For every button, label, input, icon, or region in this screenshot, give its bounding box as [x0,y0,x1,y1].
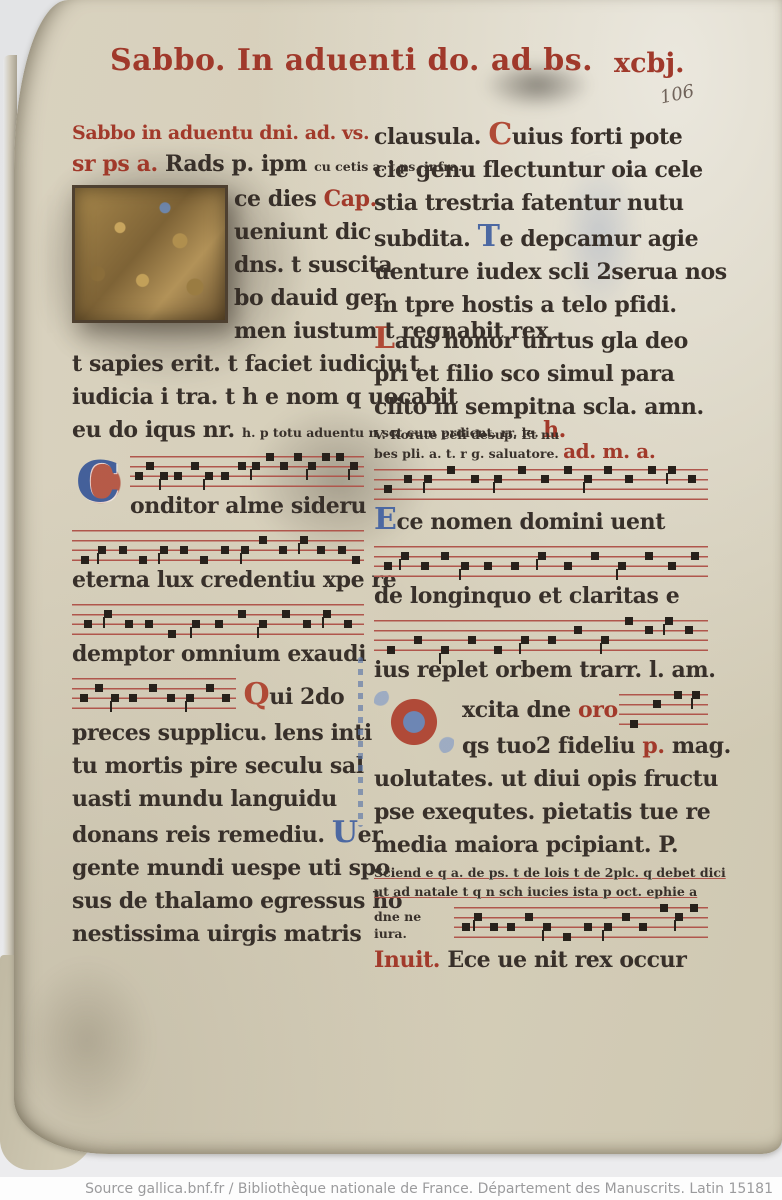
music-stave-row [374,469,708,500]
neume-note [135,472,143,480]
neume-note [145,620,153,628]
text-line: ius replet orbem trarr. l. am. [374,654,708,687]
text-segment: uasti mundu languidu [72,786,337,812]
text-row: nestissima uirgis matris [72,918,364,951]
neume-note [563,933,571,941]
text-row: uasti mundu languidu [72,783,364,816]
text-segment: tu mortis pire seculu sal [72,753,364,779]
text-segment: ius replet orbem trarr. l. am. [374,657,715,683]
text-row: demptor omnium exaudi [72,638,364,671]
neume-note [653,700,661,708]
text-line: uenture iudex scli 2serua nos [374,256,708,289]
text-line: pse exequtes. pietatis tue re [374,796,708,829]
neume-note [604,466,612,474]
text-segment: preces supplicu. lens inti [72,720,372,746]
neume-note [168,630,176,638]
text-line: ut ad natale t q n sch iucies ista p oct… [374,881,708,900]
neume-note [691,552,699,560]
text-segment: Q [244,677,270,712]
neume-note [538,552,546,560]
text-segment: Inuit. [374,947,440,973]
text-segment: xcita dne [462,697,578,723]
neume-note [660,904,668,912]
neume-note [80,694,88,702]
text-segment: dne ne iura. [374,909,421,941]
neume-note [490,923,498,931]
neume-note [252,462,260,470]
neume-note [692,691,700,699]
text-row: uolutates. ut diui opis fructu [374,763,708,796]
text-segment: p. [642,733,664,759]
music-stave [72,604,364,635]
text-segment: Sciend e q a. de ps. t de lois t de 2plc… [374,865,726,880]
folio-number-pencil: 106 [658,81,696,109]
music-stave-row [374,620,708,651]
neume-note [668,562,676,570]
neume-note [543,923,551,931]
neume-note [322,453,330,461]
stain [22,960,152,1120]
text-segment: ut ad natale t q n sch iucies ista p oct… [374,884,697,899]
text-segment: subdita. [374,226,478,252]
neume-note [688,475,696,483]
rubric-line: sr ps a. Rads p. ipm cu cetis a. t ps. i… [72,148,364,183]
text-row: Inuit. Ece ue nit rex occur [374,944,708,977]
neume-note [604,923,612,931]
text-row: media maiora pcipiant. P. [374,829,708,862]
text-and-stave-row: dne ne iura. [374,907,708,941]
neume-note [238,610,246,618]
text-line: preces supplicu. lens inti [72,717,364,750]
neume-note [146,462,154,470]
text-line: uolutates. ut diui opis fructu [374,763,708,796]
text-row: Sciend e q a. de ps. t de lois t de 2plc… [374,862,708,881]
text-row: sr ps a. Rads p. ipm cu cetis a. t ps. i… [72,148,364,183]
text-line: Sciend e q a. de ps. t de lois t de 2plc… [374,862,708,881]
text-segment: bo dauid ger [234,285,385,311]
neume-note [548,636,556,644]
neume-note [186,694,194,702]
neume-note [294,453,302,461]
text-segment: t sapies erit. t faciet iudiciu t [72,351,419,377]
music-stave-row [72,604,364,635]
text-row: ius replet orbem trarr. l. am. [374,654,708,687]
neume-note [645,552,653,560]
text-segment: pse exequtes. pietatis tue re [374,799,710,825]
illuminated-initial-conditor: C [72,451,124,515]
neume-note [511,562,519,570]
text-segment: ad. m. a. [563,439,655,463]
music-stave-row [72,530,364,561]
neume-note [119,546,127,554]
gallica-manuscript-viewer: Sabbo. In aduenti do. ad bs. xcbj. 106 S… [0,0,782,1200]
neume-note [468,636,476,644]
text-segment: qs tuo2 fideliu [462,733,642,759]
music-stave [72,530,364,561]
neume-note [685,626,693,634]
neume-note [665,617,673,625]
neume-note [282,610,290,618]
text-segment: aus honor uirtus gla deo [395,328,688,354]
neume-note [618,562,626,570]
rubric-heading: Sabbo in aduentu dni. ad. vs. [72,118,364,148]
text-segment: uius forti pote [512,124,683,150]
neume-note [350,462,358,470]
neume-note [317,546,325,554]
text-line: clausula. Cuius forti pote [374,118,708,154]
text-row: gente mundi uespe uti spo [72,852,364,885]
text-line: demptor omnium exaudi [72,638,364,671]
neume-note [280,462,288,470]
neume-note [308,462,316,470]
text-segment: V. Rorate celi desup. Et nu [374,427,559,442]
neume-note [404,475,412,483]
neume-note [160,472,168,480]
music-stave-row [374,546,708,577]
neume-note [387,646,395,654]
text-line: nestissima uirgis matris [72,918,364,951]
neume-note [601,636,609,644]
neume-note [323,610,331,618]
text-segment: donans reis remediu. [72,822,332,848]
text-segment: mag. [665,733,731,759]
text-line: stia trestria fatentur nutu [374,187,708,220]
music-stave [374,546,708,577]
text-line: donans reis remediu. Uer [72,816,364,852]
text-line: tu mortis pire seculu sal [72,750,364,783]
neume-note [384,562,392,570]
neume-note [344,620,352,628]
neume-note [191,462,199,470]
neume-note [215,620,223,628]
neume-note [462,923,470,931]
neume-note [222,694,230,702]
neume-note [675,913,683,921]
neume-note [591,552,599,560]
text-segment: cie genu flectuntur oia cele [374,157,703,183]
text-line: de longinquo et claritas e [374,580,708,613]
illuminated-initial-excita [374,691,454,753]
neume-note [471,475,479,483]
neume-note [221,546,229,554]
neume-note [174,472,182,480]
music-stave-row: Qui 2do [72,678,364,714]
text-segment: uolutates. ut diui opis fructu [374,766,718,792]
source-attribution-text: Source gallica.bnf.fr / Bibliothèque nat… [85,1181,773,1197]
neume-note [690,904,698,912]
neume-note [541,475,549,483]
text-line: subdita. Te depcamur agie [374,220,708,256]
text-row: eterna lux credentiu xpe re [72,564,364,597]
neume-note [238,462,246,470]
text-row: in tpre hostis a telo pfidi. [374,289,708,322]
text-line: uasti mundu languidu [72,783,364,816]
text-row: iudicia i tra. t h e nom q uocabit [72,381,364,414]
neume-note [584,475,592,483]
text-segment: Ece ue nit rex occur [440,947,686,973]
music-stave [619,694,708,725]
text-row: subdita. Te depcamur agie [374,220,708,256]
neume-note [352,556,360,564]
text-segment: sr ps a. [72,151,165,177]
neume-note [206,684,214,692]
text-segment: dns. t suscita [234,252,392,278]
music-stave [374,469,708,500]
text-line: in tpre hostis a telo pfidi. [374,289,708,322]
right-column: clausula. Cuius forti potecie genu flect… [374,118,708,977]
text-line: gente mundi uespe uti spo [72,852,364,885]
text-line: cie genu flectuntur oia cele [374,154,708,187]
text-row: t sapies erit. t faciet iudiciu t [72,348,364,381]
neume-note [205,472,213,480]
text-line: dne ne iura. [374,907,438,941]
text-line: t sapies erit. t faciet iudiciu t [72,348,364,381]
text-row: Laus honor uirtus gla deo [374,322,708,358]
neume-note [564,562,572,570]
left-column: Sabbo in aduentu dni. ad. vs.sr ps a. Ra… [72,118,364,977]
neume-note [414,636,422,644]
text-segment: nestissima uirgis matris [72,921,361,947]
neume-note [474,913,482,921]
neume-note [104,610,112,618]
neume-note [461,562,469,570]
text-line: Ece nomen domini uent [374,503,708,539]
text-row: donans reis remediu. Uer [72,816,364,852]
text-line: clito in sempitna scla. amn. [374,391,708,424]
neume-note [625,617,633,625]
neume-note [338,546,346,554]
text-segment: L [374,321,395,356]
neume-note [221,472,229,480]
text-row: pse exequtes. pietatis tue re [374,796,708,829]
text-line: eterna lux credentiu xpe re [72,564,364,597]
neume-note [622,913,630,921]
neume-note [125,620,133,628]
neume-note [494,475,502,483]
neume-note [639,923,647,931]
page-heading-rubric: Sabbo. In aduenti do. ad bs. [110,46,593,76]
text-segment: clito in sempitna scla. amn. [374,394,704,420]
manuscript-page: Sabbo. In aduenti do. ad bs. xcbj. 106 S… [14,0,782,1154]
neume-note [645,626,653,634]
neume-note [149,684,157,692]
neume-note [674,691,682,699]
neume-note [518,466,526,474]
neume-note [279,546,287,554]
text-row: V. Rorate celi desup. Et nu [374,424,708,443]
text-row: sus de thalamo egressus ho [72,885,364,918]
neume-note [303,620,311,628]
text-segment: ce nomen domini uent [396,509,665,535]
neume-note [180,546,188,554]
music-stave [72,678,236,709]
text-segment: Rads p. ipm [165,151,314,177]
neume-note [139,556,147,564]
text-segment: Sabbo in aduentu dni. ad. vs. [72,122,369,144]
neume-note [447,466,455,474]
folio-number-roman: xcbj. [614,48,685,79]
neume-note [574,626,582,634]
neume-note [300,536,308,544]
neume-note [336,453,344,461]
text-segment: onditor alme sideru [130,493,366,519]
music-stave-row [130,456,364,487]
neume-note [668,466,676,474]
text-segment: eterna lux credentiu xpe re [72,567,396,593]
source-attribution-bar: Source gallica.bnf.fr / Bibliothèque nat… [0,1177,782,1200]
text-and-stave-row: xcita dne oro [462,694,708,727]
text-line: media maiora pcipiant. P. [374,829,708,862]
neume-note [507,923,515,931]
text-row: tu mortis pire seculu sal [72,750,364,783]
text-line: V. Rorate celi desup. Et nu [374,424,708,443]
text-row: clito in sempitna scla. amn. [374,391,708,424]
text-segment: clausula. [374,124,488,150]
neume-note [584,923,592,931]
text-segment: ui 2do [269,684,344,710]
neume-note [484,562,492,570]
neume-note [129,694,137,702]
neume-note [424,475,432,483]
neume-note [241,546,249,554]
music-stave [374,620,708,651]
neume-note [421,562,429,570]
text-segment: in tpre hostis a telo pfidi. [374,292,677,318]
text-segment: gente mundi uespe uti spo [72,855,390,881]
neume-note [81,556,89,564]
neume-note [494,646,502,654]
text-row: stia trestria fatentur nutu [374,187,708,220]
text-segment: uenture iudex scli 2serua nos [374,259,727,285]
text-segment: stia trestria fatentur nutu [374,190,684,216]
neume-note [625,475,633,483]
text-segment: U [332,815,358,850]
text-segment: sus de thalamo egressus ho [72,888,402,914]
text-row: ut ad natale t q n sch iucies ista p oct… [374,881,708,900]
neume-note [84,620,92,628]
text-row: eu do iqus nr. h. p totu aduentu n sct c… [72,414,364,449]
neume-note [266,453,274,461]
text-segment: bes pli. a. t. r g. saluatore. [374,446,563,461]
illuminated-initial-ecce [72,185,228,323]
neume-note [630,720,638,728]
music-stave [130,456,364,487]
text-row: bes pli. a. t. r g. saluatore. ad. m. a. [374,443,708,462]
neume-note [111,694,119,702]
text-line: eu do iqus nr. h. p totu aduentu n sct c… [72,414,364,449]
text-line: Qui 2do [244,678,345,714]
text-segment: demptor omnium exaudi [72,641,366,667]
music-stave [454,907,708,938]
text-segment: Cap. [324,186,377,212]
text-row: Ece nomen domini uent [374,503,708,539]
text-row: de longinquo et claritas e [374,580,708,613]
text-row: cie genu flectuntur oia cele [374,154,708,187]
neume-note [259,620,267,628]
text-row: clausula. Cuius forti pote [374,118,708,154]
text-row: preces supplicu. lens inti [72,717,364,750]
neume-note [98,546,106,554]
text-line: pri et filio sco simul para [374,358,708,391]
neume-note [441,552,449,560]
neume-note [167,694,175,702]
neume-note [648,466,656,474]
text-segment: media maiora pcipiant. P. [374,832,678,858]
text-line: Inuit. Ece ue nit rex occur [374,944,708,977]
text-segment: oro [578,697,618,723]
neume-note [259,536,267,544]
neume-note [160,546,168,554]
text-segment: ce dies [234,186,324,212]
text-row: Sabbo in aduentu dni. ad. vs. [72,118,364,148]
neume-note [192,620,200,628]
neume-note [564,466,572,474]
neume-note [95,684,103,692]
text-segment: ueniunt dic [234,219,371,245]
text-row: pri et filio sco simul para [374,358,708,391]
text-segment: de longinquo et claritas e [374,583,679,609]
neume-note [401,552,409,560]
text-segment: e depcamur agie [500,226,699,252]
neume-note [441,646,449,654]
text-line: bes pli. a. t. r g. saluatore. ad. m. a. [374,443,708,462]
text-columns: Sabbo in aduentu dni. ad. vs.sr ps a. Ra… [72,118,708,977]
neume-note [525,913,533,921]
text-line: xcita dne oro [462,694,618,727]
neume-note [200,556,208,564]
text-segment: C [488,117,511,152]
text-segment: pri et filio sco simul para [374,361,675,387]
text-line: Laus honor uirtus gla deo [374,322,708,358]
text-segment: T [478,219,500,254]
neume-note [384,485,392,493]
text-line: sus de thalamo egressus ho [72,885,364,918]
text-segment: E [374,502,396,537]
text-segment: eu do iqus nr. [72,417,242,443]
text-row: uenture iudex scli 2serua nos [374,256,708,289]
neume-note [521,636,529,644]
text-line: iudicia i tra. t h e nom q uocabit [72,381,364,414]
